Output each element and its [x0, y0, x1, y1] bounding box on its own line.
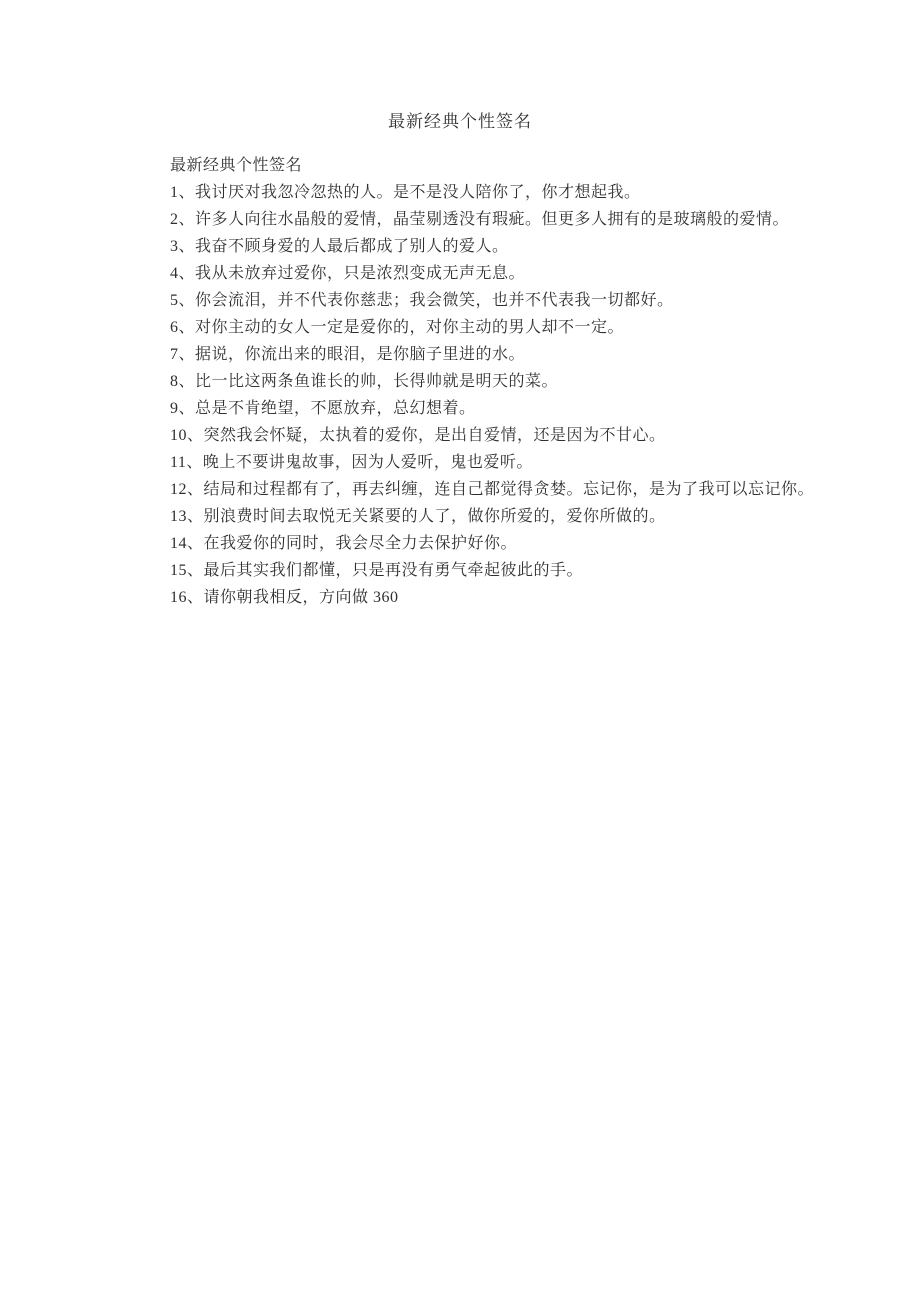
document-heading: 最新经典个性签名: [170, 152, 860, 179]
signature-line: 7、据说，你流出来的眼泪，是你脑子里进的水。: [170, 341, 860, 368]
signature-line: 6、对你主动的女人一定是爱你的，对你主动的男人却不一定。: [170, 314, 860, 341]
signature-line: 13、别浪费时间去取悦无关紧要的人了，做你所爱的，爱你所做的。: [170, 503, 860, 530]
signature-line: 16、请你朝我相反，方向做 360: [170, 584, 860, 611]
signature-line: 15、最后其实我们都懂，只是再没有勇气牵起彼此的手。: [170, 557, 860, 584]
signature-line: 9、总是不肯绝望，不愿放弃，总幻想着。: [170, 395, 860, 422]
signature-list: 1、我讨厌对我忽冷忽热的人。是不是没人陪你了，你才想起我。2、许多人向往水晶般的…: [170, 179, 860, 611]
signature-line: 11、晚上不要讲鬼故事，因为人爱听，鬼也爱听。: [170, 449, 860, 476]
signature-line: 12、结局和过程都有了，再去纠缠，连自己都觉得贪婪。忘记你，是为了我可以忘记你。: [170, 476, 860, 503]
page-title: 最新经典个性签名: [0, 0, 920, 134]
document-page: 最新经典个性签名 最新经典个性签名 1、我讨厌对我忽冷忽热的人。是不是没人陪你了…: [0, 0, 920, 1302]
signature-line: 2、许多人向往水晶般的爱情，晶莹剔透没有瑕疵。但更多人拥有的是玻璃般的爱情。: [170, 206, 860, 233]
signature-line: 14、在我爱你的同时，我会尽全力去保护好你。: [170, 530, 860, 557]
signature-line: 10、突然我会怀疑，太执着的爱你，是出自爱情，还是因为不甘心。: [170, 422, 860, 449]
signature-line: 8、比一比这两条鱼谁长的帅，长得帅就是明天的菜。: [170, 368, 860, 395]
signature-line: 3、我奋不顾身爱的人最后都成了别人的爱人。: [170, 233, 860, 260]
document-body: 最新经典个性签名 1、我讨厌对我忽冷忽热的人。是不是没人陪你了，你才想起我。2、…: [170, 152, 860, 611]
signature-line: 1、我讨厌对我忽冷忽热的人。是不是没人陪你了，你才想起我。: [170, 179, 860, 206]
signature-line: 5、你会流泪，并不代表你慈悲；我会微笑，也并不代表我一切都好。: [170, 287, 860, 314]
signature-line: 4、我从未放弃过爱你，只是浓烈变成无声无息。: [170, 260, 860, 287]
